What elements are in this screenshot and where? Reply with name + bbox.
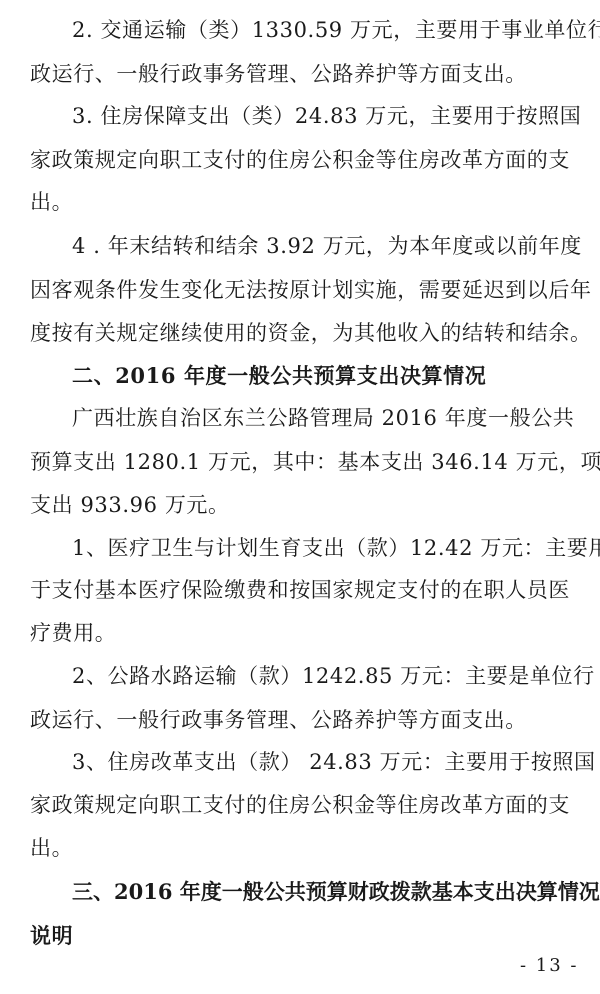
section-heading-3-line-1: 三、2016 年度一般公共预算财政拨款基本支出决算情况 [72,878,600,906]
section-heading-2: 二、2016 年度一般公共预算支出决算情况 [72,362,582,390]
paragraph-housing-line-1: 3. 住房保障支出（类）24.83 万元，主要用于按照国 [72,102,582,130]
paragraph-medical-line-3: 疗费用。 [30,619,582,647]
page-number: - 13 - [520,954,579,978]
paragraph-summary-line-2: 预算支出 1280.1 万元，其中：基本支出 346.14 万元，项目 [30,448,582,476]
paragraph-housing-line-3: 出。 [30,188,582,216]
paragraph-carryover-line-1: 4 . 年末结转和结余 3.92 万元，为本年度或以前年度 [72,232,582,260]
paragraph-carryover-line-2: 因客观条件发生变化无法按原计划实施，需要延迟到以后年 [30,276,582,304]
paragraph-carryover-line-3: 度按有关规定继续使用的资金，为其他收入的结转和结余。 [30,319,582,347]
paragraph-housing-reform-line-3: 出。 [30,834,582,862]
paragraph-transport-line-2: 政运行、一般行政事务管理、公路养护等方面支出。 [30,60,582,88]
paragraph-housing-reform-line-2: 家政策规定向职工支付的住房公积金等住房改革方面的支 [30,791,582,819]
document-page: 2. 交通运输（类）1330.59 万元，主要用于事业单位行 政运行、一般行政事… [0,0,600,994]
paragraph-housing-reform-line-1: 3、住房改革支出（款） 24.83 万元：主要用于按照国 [72,748,582,776]
paragraph-summary-line-3: 支出 933.96 万元。 [30,491,582,519]
paragraph-medical-line-1: 1、医疗卫生与计划生育支出（款）12.42 万元：主要用 [72,534,582,562]
paragraph-summary-line-1: 广西壮族自治区东兰公路管理局 2016 年度一般公共 [72,404,582,432]
section-heading-3-line-2: 说明 [30,922,582,950]
paragraph-housing-line-2: 家政策规定向职工支付的住房公积金等住房改革方面的支 [30,146,582,174]
paragraph-highway-line-2: 政运行、一般行政事务管理、公路养护等方面支出。 [30,706,582,734]
paragraph-highway-line-1: 2、公路水路运输（款）1242.85 万元：主要是单位行 [72,662,582,690]
paragraph-medical-line-2: 于支付基本医疗保险缴费和按国家规定支付的在职人员医 [30,576,582,604]
paragraph-transport-line-1: 2. 交通运输（类）1330.59 万元，主要用于事业单位行 [72,16,582,44]
